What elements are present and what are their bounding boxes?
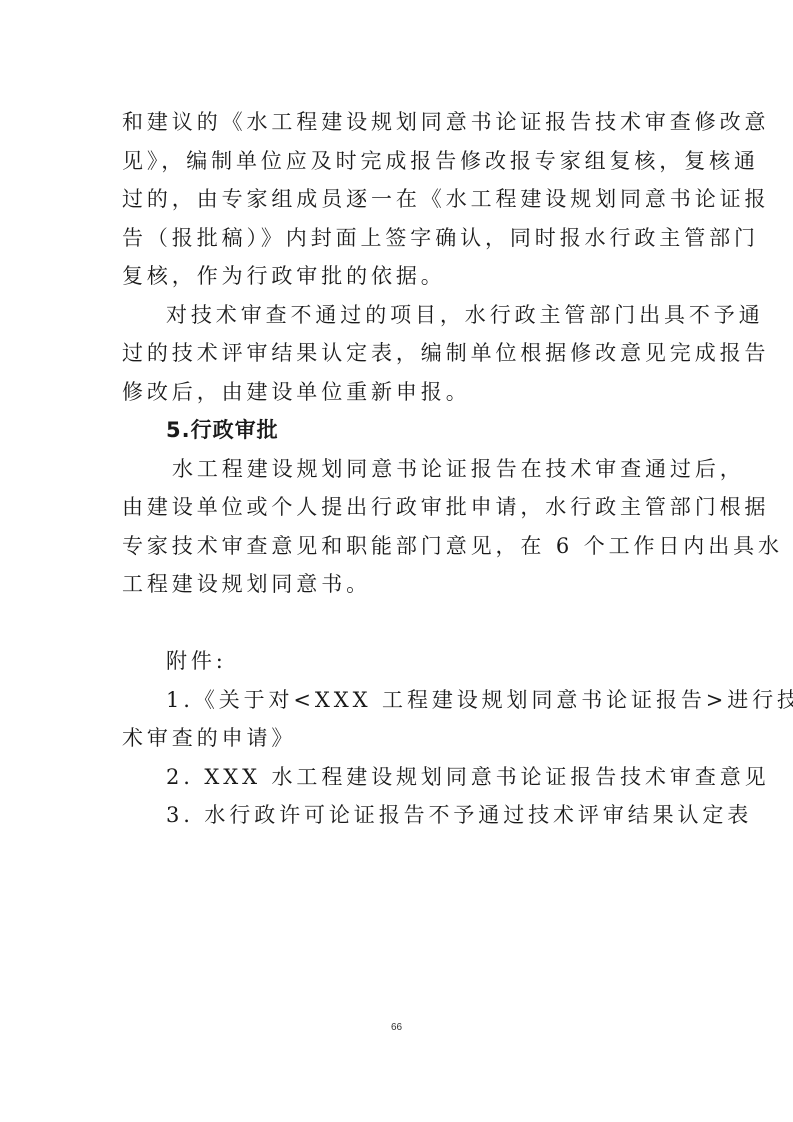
text-line: 和建议的《水工程建设规划同意书论证报告技术审查修改意 (122, 103, 673, 142)
text-line: 专家技术审查意见和职能部门意见，在 6 个工作日内出具水 (122, 527, 673, 566)
spacer (122, 604, 673, 643)
document-page: 和建议的《水工程建设规划同意书论证报告技术审查修改意 见》，编制单位应及时完成报… (122, 103, 673, 835)
text-line: 见》，编制单位应及时完成报告修改报专家组复核，复核通 (122, 142, 673, 181)
attachments-section: 附件: 1.《关于对<XXX 工程建设规划同意书论证报告>进行技 术审查的申请》… (122, 642, 673, 835)
text-line: 过的技术评审结果认定表，编制单位根据修改意见完成报告 (122, 334, 673, 373)
attachment-item: 1.《关于对<XXX 工程建设规划同意书论证报告>进行技 (122, 681, 673, 720)
attachments-label: 附件: (122, 642, 673, 681)
attachment-item-continuation: 术审查的申请》 (122, 719, 673, 758)
text-line: 工程建设规划同意书。 (122, 565, 673, 604)
text-line: 复核，作为行政审批的依据。 (122, 257, 673, 296)
attachment-item: 2. XXX 水工程建设规划同意书论证报告技术审查意见 (122, 758, 673, 797)
text-line: 由建设单位或个人提出行政审批申请，水行政主管部门根据 (122, 488, 673, 527)
section-heading: 5.行政审批 (122, 411, 673, 450)
paragraph-review-revision: 和建议的《水工程建设规划同意书论证报告技术审查修改意 见》，编制单位应及时完成报… (122, 103, 673, 296)
attachment-item: 3. 水行政许可论证报告不予通过技术评审结果认定表 (122, 796, 673, 835)
paragraph-review-failed: 对技术审查不通过的项目，水行政主管部门出具不予通 过的技术评审结果认定表，编制单… (122, 296, 673, 412)
text-line: 水工程建设规划同意书论证报告在技术审查通过后， (122, 450, 673, 489)
paragraph-administrative-approval: 水工程建设规划同意书论证报告在技术审查通过后， 由建设单位或个人提出行政审批申请… (122, 450, 673, 604)
text-line: 过的，由专家组成员逐一在《水工程建设规划同意书论证报 (122, 180, 673, 219)
text-line: 修改后，由建设单位重新申报。 (122, 373, 673, 412)
page-number: 66 (0, 1022, 793, 1033)
text-line: 对技术审查不通过的项目，水行政主管部门出具不予通 (122, 296, 673, 335)
text-line: 告（报批稿）》内封面上签字确认，同时报水行政主管部门 (122, 219, 673, 258)
